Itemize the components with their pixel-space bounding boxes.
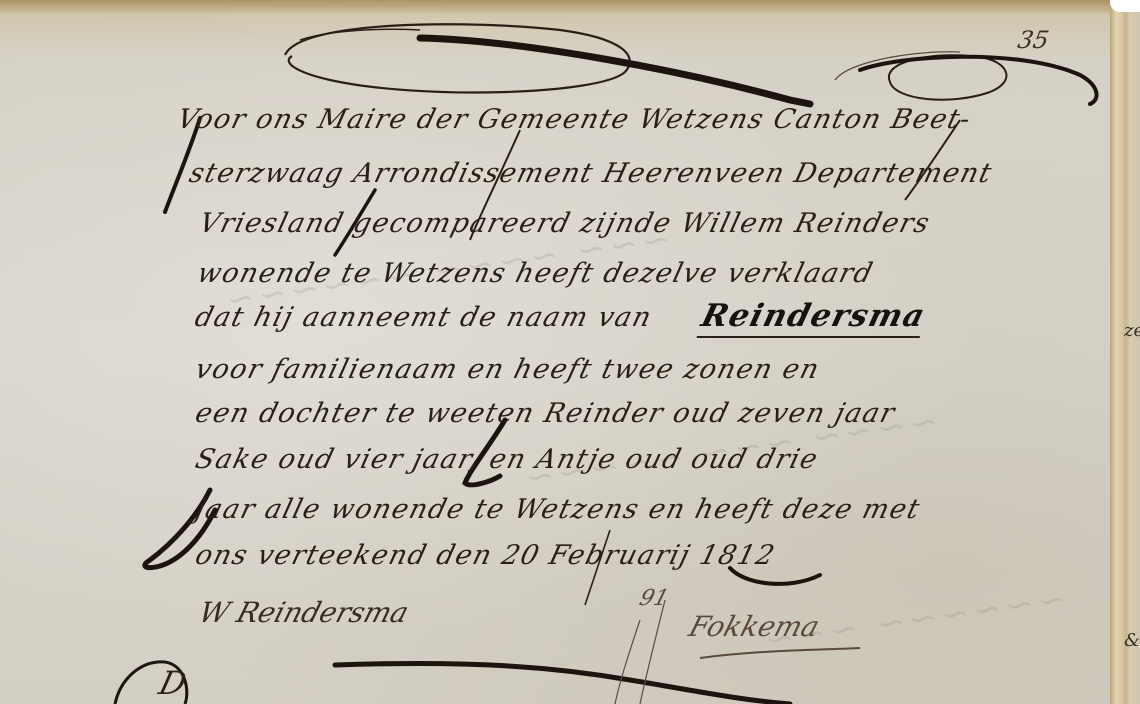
document-line-9: jaar alle wonende te Wetzens en heeft de… <box>192 494 924 525</box>
document-line-7: een dochter te weeten Reinder oud zeven … <box>192 398 899 429</box>
document-line-6: voor familienaam en heeft twee zonen en <box>192 354 823 385</box>
declaration-text: dat hij aanneemt de naam van <box>192 302 656 333</box>
declarant-signature: W Reindersma <box>195 596 412 629</box>
adopted-surname: Reindersma <box>697 298 930 338</box>
document-line-3: Vriesland gecompareerd zijnde Willem Rei… <box>196 208 934 239</box>
document-line-1: Voor ons Maire der Gemeente Wetzens Cant… <box>174 104 975 135</box>
document-line-5: dat hij aanneemt de naam van Reindersma <box>192 298 930 334</box>
document-line-2: sterzwaag Arrondissement Heerenveen Depa… <box>186 158 996 189</box>
margin-fragment: ze <box>1124 320 1140 341</box>
maire-signature: Fokkema <box>685 610 823 643</box>
page-number: 35 <box>1016 26 1051 54</box>
document-line-8: Sake oud vier jaar, en Antje oud oud dri… <box>192 444 822 475</box>
margin-fragment: & <box>1124 630 1140 651</box>
document-line-10: ons verteekend den 20 Februarij 1812 <box>192 540 779 571</box>
document-page: ~~~ ~~~~ ~~~~~~ ~~~~ ~~~ ~~~~~ ~~~~~~ ~~… <box>0 0 1118 704</box>
page-corner <box>1110 0 1140 12</box>
adjacent-page-fragments: ze & <box>1124 40 1140 700</box>
document-line-4: wonende te Wetzens heeft dezelve verklaa… <box>194 258 877 289</box>
